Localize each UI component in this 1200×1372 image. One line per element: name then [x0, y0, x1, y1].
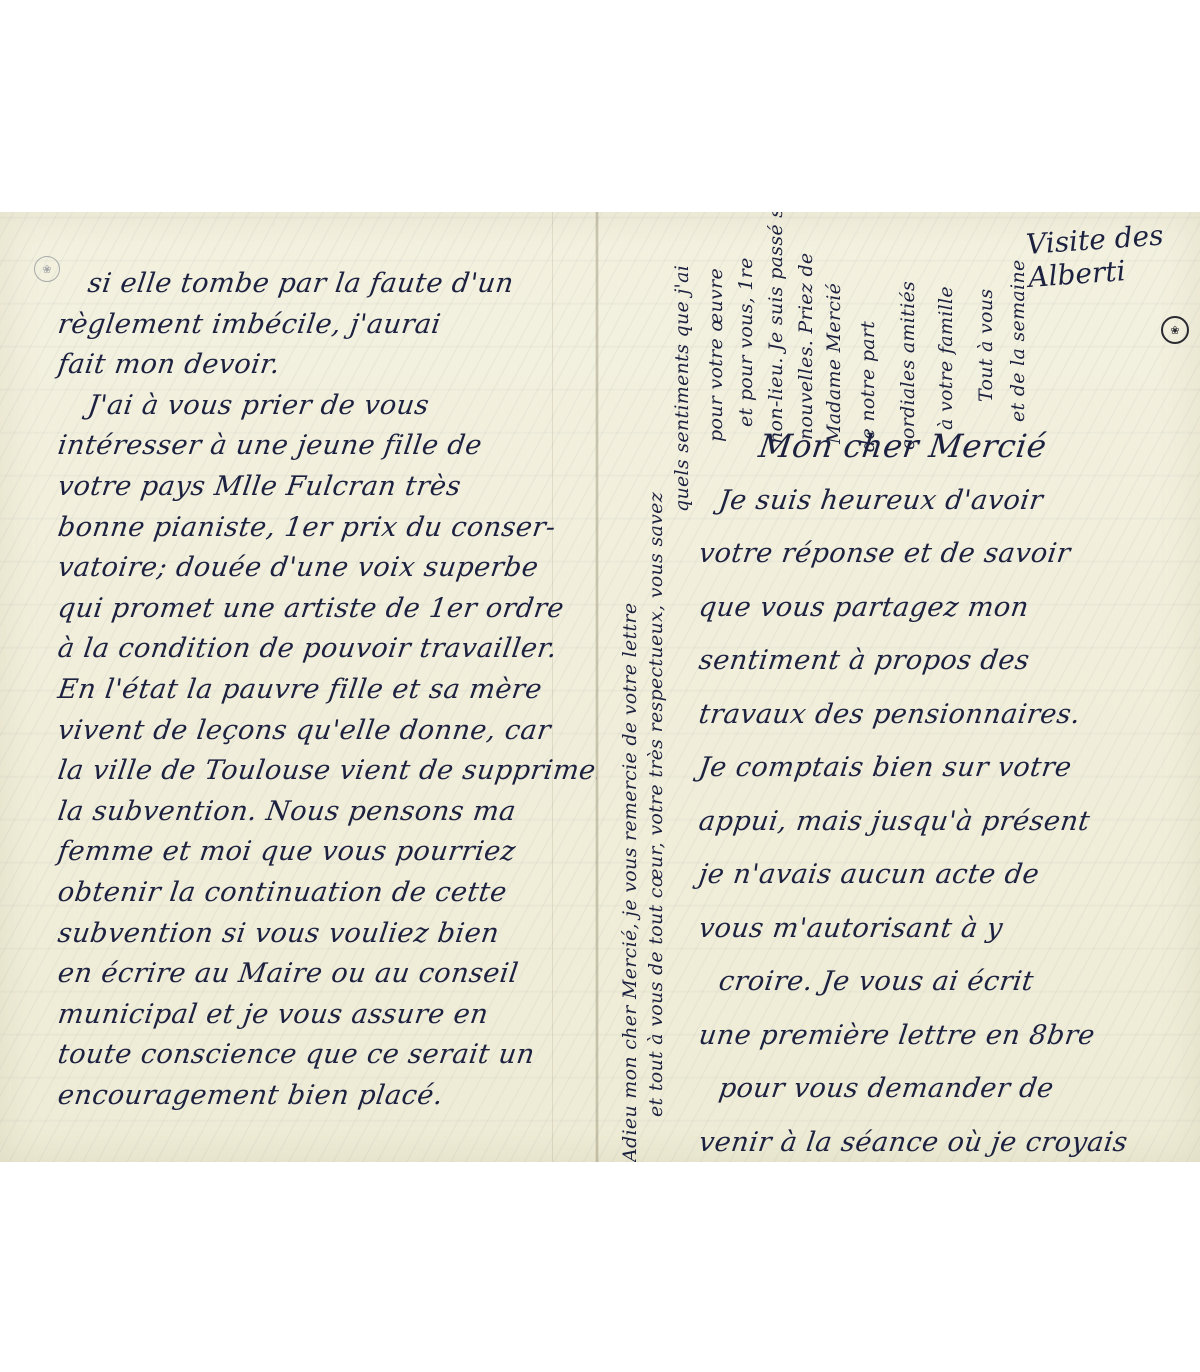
handwritten-line: règlement imbécile, j'aurai: [55, 305, 591, 346]
handwritten-line: appui, mais jusqu'à présent: [695, 795, 1200, 849]
handwritten-line: venir à la séance où je croyais: [695, 1116, 1200, 1163]
handwritten-line: la subvention. Nous pensons ma: [55, 792, 591, 833]
handwritten-line: votre pays Mlle Fulcran très: [55, 467, 591, 508]
archive-stamp-icon: ❀: [34, 256, 60, 282]
right-page: ❀ Visite des Alberti Adieu mon cher Merc…: [597, 212, 1200, 1162]
salutation: Mon cher Mercié: [695, 420, 1200, 474]
margin-line: nouvelles. Priez de: [795, 253, 817, 440]
handwritten-line: J'ai à vous prier de vous: [55, 386, 591, 427]
handwritten-line: municipal et je vous assure en: [55, 995, 591, 1036]
handwritten-line: femme et moi que vous pourriez: [55, 832, 591, 873]
handwritten-line: si elle tombe par la faute d'un: [55, 264, 591, 305]
handwritten-line: la ville de Toulouse vient de supprimer: [55, 751, 591, 792]
handwritten-line: en écrire au Maire ou au conseil: [55, 954, 591, 995]
handwritten-line: obtenir la continuation de cette: [55, 873, 591, 914]
margin-line: et tout à vous de tout cœur, votre très …: [645, 492, 667, 1117]
letter-sheet: ❀ si elle tombe par la faute d'un règlem…: [0, 212, 1200, 1162]
handwritten-line: vivent de leçons qu'elle donne, car: [55, 711, 591, 752]
handwritten-line: En l'état la pauvre fille et sa mère: [55, 670, 591, 711]
margin-line: et pour vous, 1re: [735, 257, 757, 427]
handwritten-line: que vous partagez mon: [695, 581, 1200, 635]
margin-line: et de la semaine: [1007, 259, 1029, 422]
margin-line: pour votre œuvre: [705, 268, 727, 442]
handwritten-line: travaux des pensionnaires.: [695, 688, 1200, 742]
handwritten-line: votre réponse et de savoir: [695, 527, 1200, 581]
handwritten-line: vatoire; douée d'une voix superbe: [55, 548, 591, 589]
handwritten-line: sentiment à propos des: [695, 634, 1200, 688]
handwritten-line: intéresser à une jeune fille de: [55, 426, 591, 467]
handwritten-line: fait mon devoir.: [55, 345, 591, 386]
handwritten-line: une première lettre en 8bre: [695, 1009, 1200, 1063]
margin-line: quels sentiments que j'ai: [671, 265, 693, 512]
handwritten-line: subvention si vous vouliez bien: [55, 914, 591, 955]
handwritten-line: encouragement bien placé.: [55, 1076, 591, 1117]
right-page-text: Mon cher Mercié Je suis heureux d'avoir …: [699, 420, 1199, 1162]
handwritten-line: Je comptais bien sur votre: [695, 741, 1200, 795]
margin-line: Adieu mon cher Mercié, je vous remercie …: [619, 603, 641, 1162]
handwritten-line: qui promet une artiste de 1er ordre: [55, 589, 591, 630]
handwritten-line: Je suis heureux d'avoir: [695, 474, 1200, 528]
margin-line: à votre famille: [935, 286, 957, 430]
archive-stamp-icon: ❀: [1161, 316, 1189, 344]
handwritten-line: vous m'autorisant à y: [695, 902, 1200, 956]
handwritten-line: je n'avais aucun acte de: [695, 848, 1200, 902]
left-page-text: si elle tombe par la faute d'un règlemen…: [58, 264, 588, 1116]
handwritten-line: à la condition de pouvoir travailler.: [55, 629, 591, 670]
left-page: ❀ si elle tombe par la faute d'un règlem…: [0, 212, 597, 1162]
top-fragment: Visite des Alberti: [1025, 216, 1200, 294]
handwritten-line: bonne pianiste, 1er prix du conser-: [55, 508, 591, 549]
handwritten-line: toute conscience que ce serait un: [55, 1035, 591, 1076]
margin-line: Tout à vous: [975, 289, 997, 402]
handwritten-line: pour vous demander de: [695, 1062, 1200, 1116]
handwritten-line: croire. Je vous ai écrit: [695, 955, 1200, 1009]
margin-line: non-lieu. Je suis passé sans: [765, 212, 787, 444]
